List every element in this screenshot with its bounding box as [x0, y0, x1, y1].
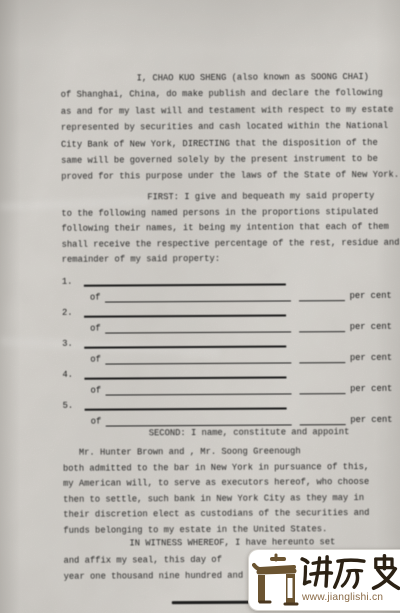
- blank-line: [105, 382, 291, 395]
- jianglishi-calligraphy: [299, 552, 400, 592]
- blank-line: [84, 365, 286, 379]
- percent-blank-line: [298, 289, 344, 301]
- beneficiary-entry: 4. of per cent: [62, 363, 394, 396]
- per-cent-label: per cent: [345, 384, 392, 394]
- entry-number: 2.: [62, 308, 84, 318]
- text-line: following their names, it being my inten…: [61, 220, 391, 238]
- text-line: represented by securities and cash locat…: [61, 118, 391, 136]
- text-line: as and for my last will and testament wi…: [61, 102, 391, 120]
- per-cent-label: per cent: [345, 353, 392, 363]
- beneficiary-share-row: of per cent: [91, 409, 395, 427]
- percent-blank-line: [299, 413, 345, 425]
- text-line: I, CHAO KUO SHENG (also known as SOONG C…: [61, 69, 391, 87]
- text-line: remainder of my said property:: [62, 251, 392, 269]
- attestation-line: IN WITNESS WHEREOF, I have hereunto set: [129, 537, 335, 548]
- blank-line: [84, 334, 286, 348]
- percent-blank-line: [299, 351, 345, 363]
- per-cent-label: per cent: [345, 322, 392, 332]
- blank-line: [105, 413, 291, 426]
- beneficiary-entry: 3. of per cent: [62, 332, 394, 365]
- text-line: my American will, to serve as executors …: [63, 475, 397, 493]
- of-label: of: [91, 417, 106, 427]
- entry-number: 4.: [62, 370, 84, 380]
- text-line: shall receive the respective percentage …: [62, 236, 392, 254]
- entry-number: 1.: [62, 277, 84, 287]
- percent-blank-line: [299, 382, 345, 394]
- signature-line: [172, 601, 258, 604]
- year-line: year one thousand nine hundred and forty: [64, 571, 275, 582]
- blank-line: [84, 303, 286, 317]
- beneficiary-share-row: of per cent: [90, 285, 394, 303]
- blank-line: [104, 289, 290, 302]
- text-line: same will be governed solely by the pres…: [61, 151, 391, 169]
- text-line: City Bank of New York, DIRECTING that th…: [61, 134, 391, 152]
- blank-line: [85, 396, 287, 410]
- paifang-gate-icon: [252, 552, 300, 606]
- beneficiary-share-row: of per cent: [90, 347, 394, 365]
- typewritten-will-text: I, CHAO KUO SHENG (also known as SOONG C…: [0, 0, 400, 613]
- document-photo: I, CHAO KUO SHENG (also known as SOONG C…: [0, 0, 400, 613]
- of-label: of: [90, 355, 105, 365]
- entry-number: 3.: [62, 339, 84, 349]
- per-cent-label: per cent: [345, 415, 392, 425]
- opening-paragraph: I, CHAO KUO SHENG (also known as SOONG C…: [61, 69, 392, 186]
- text-line: FIRST: I give and bequeath my said prope…: [61, 189, 391, 207]
- first-clause-paragraph: FIRST: I give and bequeath my said prope…: [61, 189, 391, 269]
- site-url: www.jianglishi.cn: [302, 592, 400, 603]
- blank-line: [84, 272, 286, 286]
- of-label: of: [90, 324, 105, 334]
- beneficiary-entry: 2. of per cent: [62, 301, 394, 334]
- text-line: of Shanghai, China, do make publish and …: [61, 85, 391, 103]
- text-line: proved for this purpose under the laws o…: [61, 167, 391, 185]
- beneficiary-entry: 1. of per cent: [62, 270, 394, 303]
- blank-line: [105, 320, 291, 333]
- beneficiary-share-row: of per cent: [90, 316, 394, 334]
- beneficiary-blank-list: 1. of per cent 2. of per cent 3.: [62, 270, 395, 427]
- beneficiary-share-row: of per cent: [90, 378, 394, 396]
- text-line: their discretion elect as custodians of …: [63, 506, 397, 524]
- of-label: of: [90, 293, 105, 303]
- of-label: of: [90, 386, 105, 396]
- beneficiary-entry: 5. of per cent: [63, 394, 395, 427]
- second-clause-heading: SECOND: I name, constitute and appoint: [149, 427, 350, 438]
- site-watermark: www.jianglishi.cn: [248, 549, 400, 611]
- text-line: funds belonging to my estate in the Unit…: [63, 521, 397, 539]
- entry-number: 5.: [63, 401, 85, 411]
- blank-line: [105, 351, 291, 364]
- per-cent-label: per cent: [344, 291, 391, 301]
- seal-date-line: and affix my seal, this day of: [64, 555, 222, 566]
- percent-blank-line: [299, 320, 345, 332]
- second-clause-paragraph: Mr. Hunter Brown and , Mr. Soong Greenou…: [63, 444, 398, 539]
